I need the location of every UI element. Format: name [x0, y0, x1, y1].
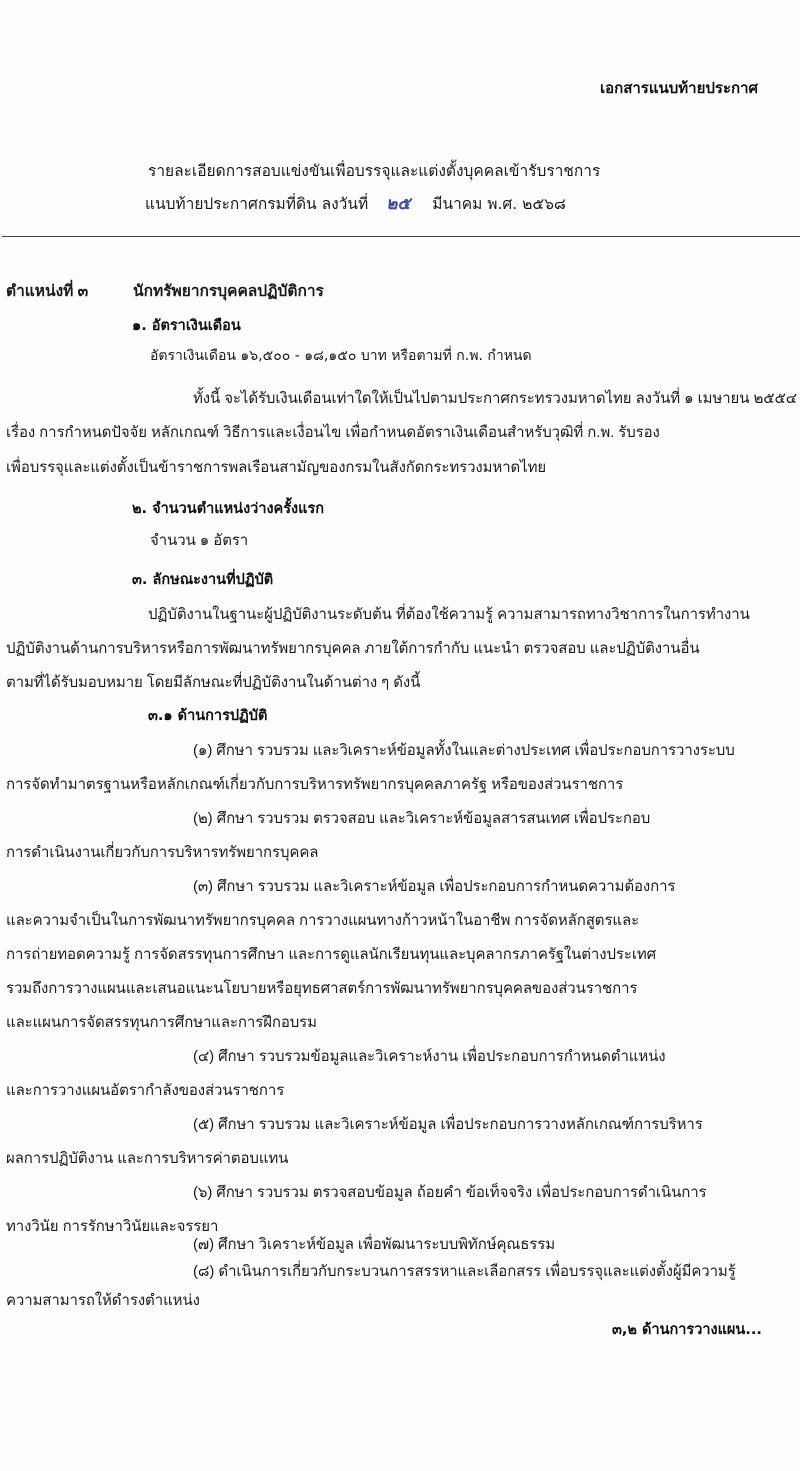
handwritten-day: ๒๕	[368, 194, 432, 214]
duty-item-3-line: การถ่ายทอดความรู้ การจัดสรรทุนการศึกษา แ…	[6, 942, 656, 966]
title-month-year: มีนาคม พ.ศ. ๒๕๖๘	[432, 195, 566, 213]
duty-item-3-line: และแผนการจัดสรรทุนการศึกษาและการฝึกอบรม	[6, 1010, 317, 1034]
section-salary-heading: ๑. อัตราเงินเดือน	[132, 314, 241, 337]
duty-item-7-line: (๗) ศึกษา วิเคราะห์ข้อมูล เพื่อพัฒนาระบบ…	[193, 1232, 555, 1256]
duty-item-5-line: (๕) ศึกษา รวบรวม และวิเคราะห์ข้อมูล เพื่…	[193, 1112, 703, 1136]
duties-intro-line: ตามที่ได้รับมอบหมาย โดยมีลักษณะที่ปฏิบัต…	[6, 670, 420, 694]
horizontal-divider	[2, 236, 800, 237]
section-duties-heading: ๓. ลักษณะงานที่ปฏิบัติ	[132, 568, 273, 591]
duty-item-8-line: (๘) ดำเนินการเกี่ยวกับกระบวนการสรรหาและเ…	[193, 1259, 736, 1283]
salary-rate: อัตราเงินเดือน ๑๖,๕๐๐ - ๑๘,๑๕๐ บาท หรือต…	[150, 345, 532, 367]
subsection-operations-heading: ๓.๑ ด้านการปฏิบัติ	[148, 704, 267, 727]
salary-note-line: เรื่อง การกำหนดปัจจัย หลักเกณฑ์ วิธีการแ…	[6, 420, 660, 444]
duty-item-4-line: และการวางแผนอัตรากำลังของส่วนราชการ	[6, 1078, 284, 1102]
salary-note-line: ทั้งนี้ จะได้รับเงินเดือนเท่าใดให้เป็นไป…	[193, 386, 797, 410]
duty-item-3-line: (๓) ศึกษา รวบรวม และวิเคราะห์ข้อมูล เพื่…	[193, 874, 675, 898]
document-title-line-1: รายละเอียดการสอบแข่งขันเพื่อบรรจุและแต่ง…	[148, 158, 600, 183]
duty-item-5-line: ผลการปฏิบัติงาน และการบริหารค่าตอบแทน	[6, 1146, 288, 1170]
continuation-marker: ๓,๒ ด้านการวางแผน...	[612, 1318, 762, 1341]
duty-item-3-line: รวมถึงการวางแผนและเสนอแนะนโยบายหรือยุทธศ…	[6, 976, 637, 1000]
title-announcement-prefix: แนบท้ายประกาศกรมที่ดิน ลงวันที่	[145, 195, 368, 213]
section-vacancies-heading: ๒. จำนวนตำแหน่งว่างครั้งแรก	[132, 497, 324, 520]
vacancy-count: จำนวน ๑ อัตรา	[150, 528, 248, 552]
duty-item-8-line: ความสามารถให้ดำรงตำแหน่ง	[6, 1288, 200, 1312]
position-name: นักทรัพยากรบุคคลปฏิบัติการ	[133, 278, 324, 303]
attachment-header-note: เอกสารแนบท้ายประกาศ	[600, 76, 758, 100]
document-page: เอกสารแนบท้ายประกาศ รายละเอียดการสอบแข่ง…	[0, 0, 800, 1471]
duty-item-1-line: (๑) ศึกษา รวบรวม และวิเคราะห์ข้อมูลทั้งใ…	[193, 738, 735, 762]
position-label: ตำแหน่งที่ ๓	[6, 278, 88, 303]
duty-item-1-line: การจัดทำมาตรฐานหรือหลักเกณฑ์เกี่ยวกับการ…	[6, 772, 623, 796]
duty-item-4-line: (๔) ศึกษา รวบรวมข้อมูลและวิเคราะห์งาน เพ…	[193, 1044, 666, 1068]
salary-note-line: เพื่อบรรจุและแต่งตั้งเป็นข้าราชการพลเรือ…	[6, 455, 546, 479]
duty-item-6-line: ทางวินัย การรักษาวินัยและจรรยา	[6, 1214, 218, 1238]
duties-intro-line: ปฏิบัติงานในฐานะผู้ปฏิบัติงานระดับต้น ที…	[148, 602, 750, 626]
duties-intro-line: ปฏิบัติงานด้านการบริหารหรือการพัฒนาทรัพย…	[6, 636, 700, 660]
document-title-line-2: แนบท้ายประกาศกรมที่ดิน ลงวันที่๒๕มีนาคม …	[145, 190, 566, 217]
duty-item-2-line: (๒) ศึกษา รวบรวม ตรวจสอบ และวิเคราะห์ข้อ…	[193, 806, 650, 830]
duty-item-2-line: การดำเนินงานเกี่ยวกับการบริหารทรัพยากรบุ…	[6, 840, 318, 864]
duty-item-6-line: (๖) ศึกษา รวบรวม ตรวจสอบข้อมูล ถ้อยคำ ข้…	[193, 1180, 707, 1204]
duty-item-3-line: และความจำเป็นในการพัฒนาทรัพยากรบุคคล การ…	[6, 908, 639, 932]
